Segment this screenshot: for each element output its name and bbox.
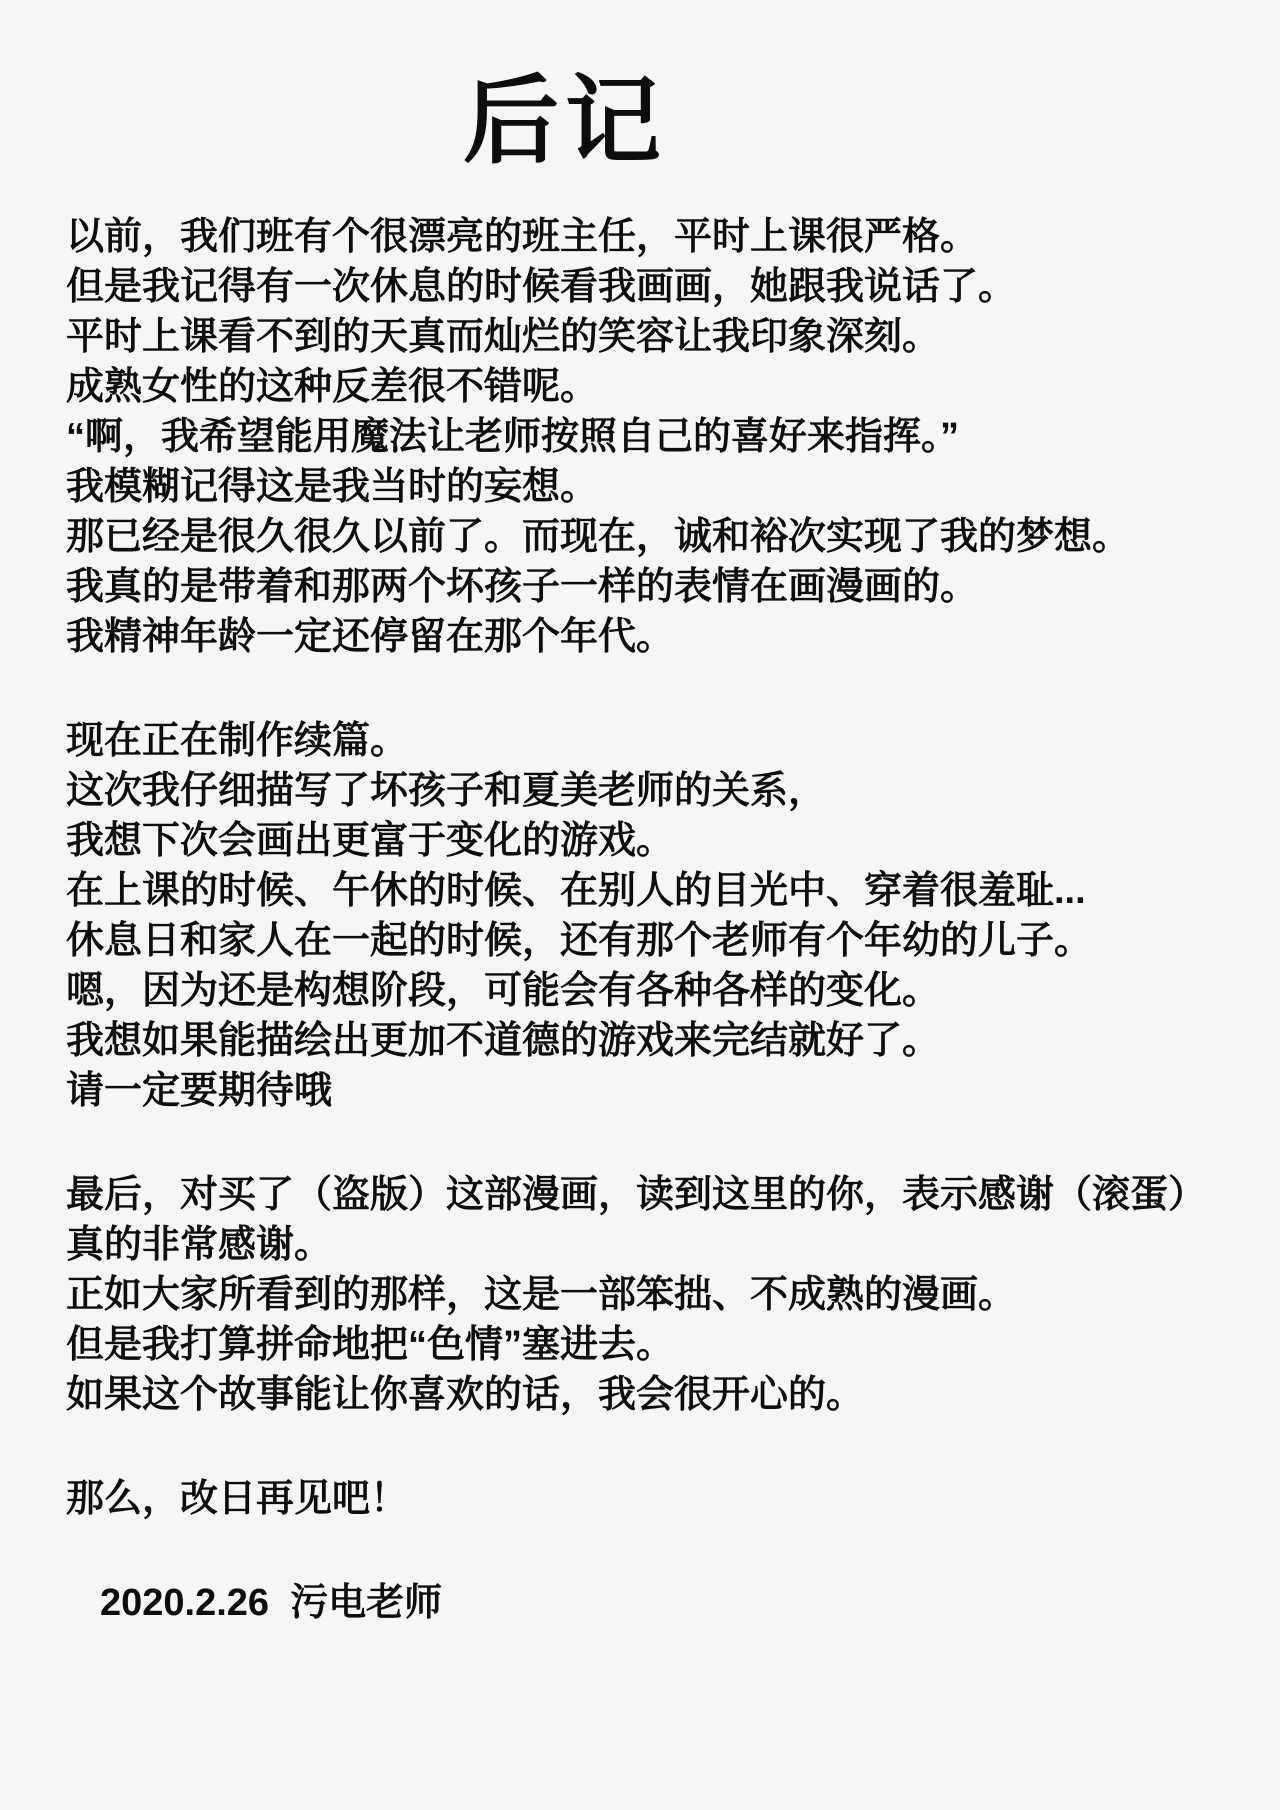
text-line: 我精神年龄一定还停留在那个年代。 <box>66 612 1270 662</box>
text-line: 我模糊记得这是我当时的妄想。 <box>66 462 1270 512</box>
text-line: 真的非常感谢。 <box>66 1220 1270 1270</box>
text-line: 最后，对买了（盗版）这部漫画，读到这里的你，表示感谢（滚蛋） <box>66 1170 1270 1220</box>
afterword-body: 以前，我们班有个很漂亮的班主任，平时上课很严格。但是我记得有一次休息的时候看我画… <box>0 212 1280 1524</box>
paragraph: 以前，我们班有个很漂亮的班主任，平时上课很严格。但是我记得有一次休息的时候看我画… <box>66 212 1270 662</box>
afterword-page: 后记 以前，我们班有个很漂亮的班主任，平时上课很严格。但是我记得有一次休息的时候… <box>0 0 1280 1810</box>
text-line: 我真的是带着和那两个坏孩子一样的表情在画漫画的。 <box>66 562 1270 612</box>
signature-line: 2020.2.26 污电老师 <box>0 1578 1280 1628</box>
text-line: 这次我仔细描写了坏孩子和夏美老师的关系， <box>66 766 1270 816</box>
text-line: 平时上课看不到的天真而灿烂的笑容让我印象深刻。 <box>66 312 1270 362</box>
text-line: 如果这个故事能让你喜欢的话，我会很开心的。 <box>66 1370 1270 1420</box>
text-line: 休息日和家人在一起的时候，还有那个老师有个年幼的儿子。 <box>66 916 1270 966</box>
text-line: 请一定要期待哦 <box>66 1066 1270 1116</box>
text-line: 那么，改日再见吧！ <box>66 1474 1270 1524</box>
text-line: 成熟女性的这种反差很不错呢。 <box>66 362 1270 412</box>
page-title: 后记 <box>0 62 1280 182</box>
text-line: 正如大家所看到的那样，这是一部笨拙、不成熟的漫画。 <box>66 1270 1270 1320</box>
text-line: 在上课的时候、午休的时候、在别人的目光中、穿着很羞耻... <box>66 866 1270 916</box>
paragraph: 最后，对买了（盗版）这部漫画，读到这里的你，表示感谢（滚蛋）真的非常感谢。正如大… <box>66 1170 1270 1420</box>
paragraph: 那么，改日再见吧！ <box>66 1474 1270 1524</box>
text-line: 但是我打算拼命地把“色情”塞进去。 <box>66 1320 1270 1370</box>
text-line: 现在正在制作续篇。 <box>66 716 1270 766</box>
text-line: 但是我记得有一次休息的时候看我画画，她跟我说话了。 <box>66 262 1270 312</box>
text-line: 那已经是很久很久以前了。而现在，诚和裕次实现了我的梦想。 <box>66 512 1270 562</box>
text-line: 我想下次会画出更富于变化的游戏。 <box>66 816 1270 866</box>
text-line: 我想如果能描绘出更加不道德的游戏来完结就好了。 <box>66 1016 1270 1066</box>
text-line: 以前，我们班有个很漂亮的班主任，平时上课很严格。 <box>66 212 1270 262</box>
text-line: 嗯，因为还是构想阶段，可能会有各种各样的变化。 <box>66 966 1270 1016</box>
paragraph: 现在正在制作续篇。这次我仔细描写了坏孩子和夏美老师的关系，我想下次会画出更富于变… <box>66 716 1270 1116</box>
text-line: “啊，我希望能用魔法让老师按照自己的喜好来指挥。” <box>66 412 1270 462</box>
